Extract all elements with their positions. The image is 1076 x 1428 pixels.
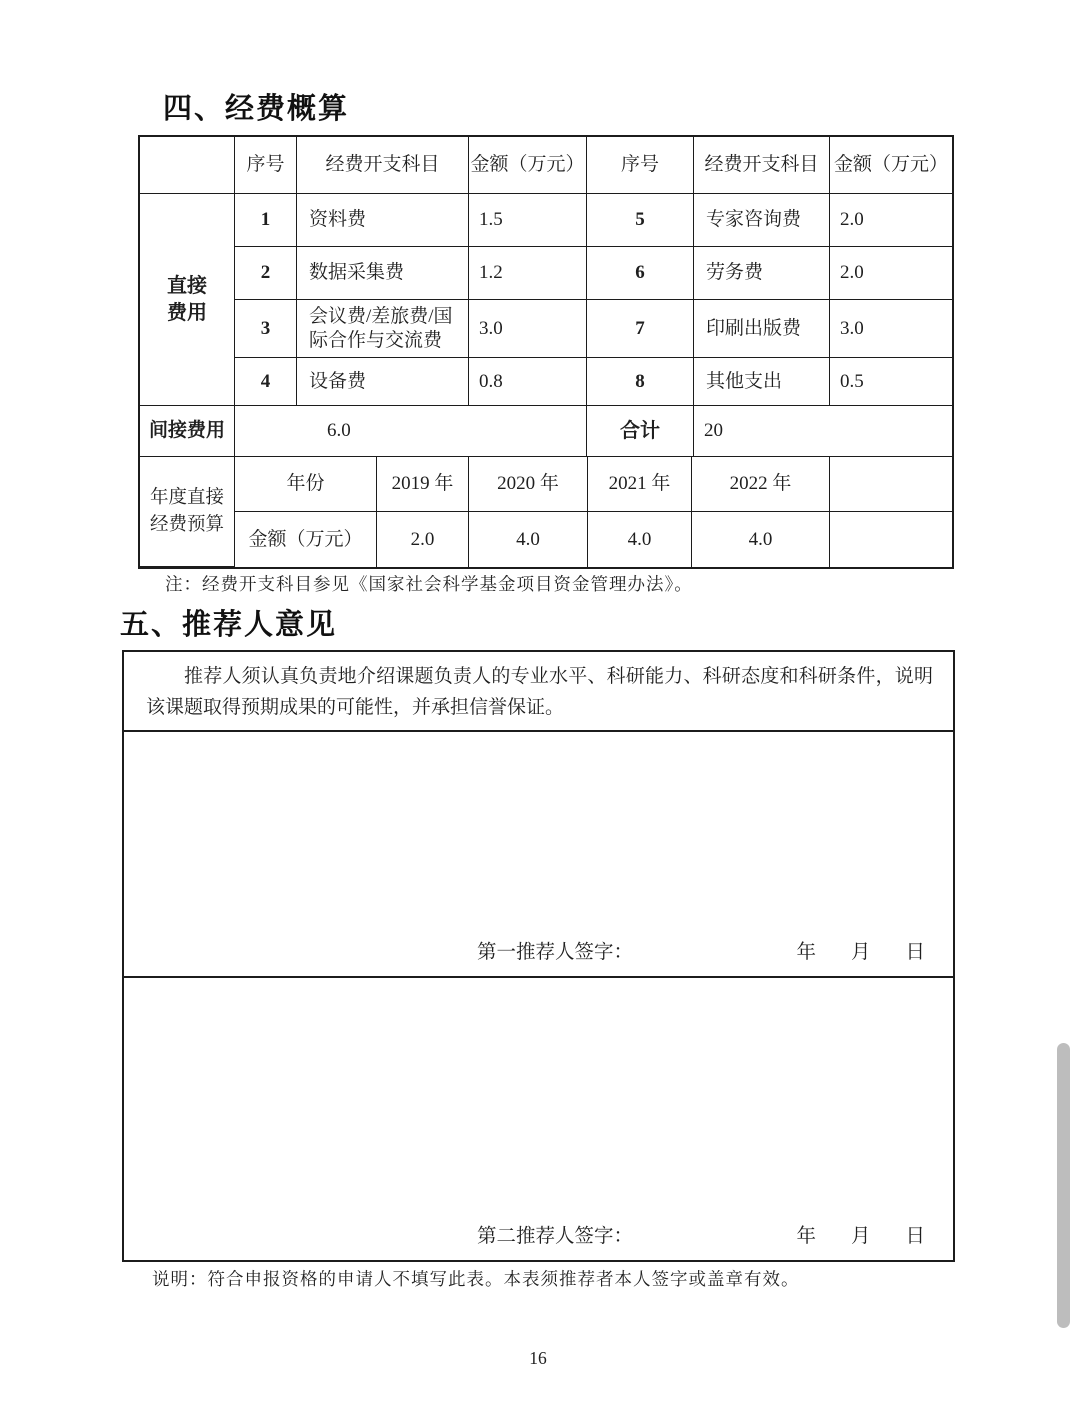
- first-recommender-block: 第一推荐人签字： 年 月 日: [124, 732, 953, 978]
- month-label: 月: [851, 1220, 871, 1248]
- section-five-title: 五、推荐人意见: [120, 602, 337, 643]
- year-cell: 2020 年: [469, 457, 588, 512]
- first-recommender-sign-row: 第一推荐人签字： 年 月 日: [124, 936, 953, 962]
- direct-cost-label-line1: 直接: [167, 273, 207, 300]
- row-amount: 1.5: [469, 194, 587, 247]
- year-header-cell: 年份: [235, 457, 377, 512]
- row-amount: 2.0: [830, 247, 952, 300]
- direct-cost-label-line2: 费用: [167, 300, 207, 327]
- total-value: 20: [694, 406, 952, 457]
- year-cell: 2021 年: [588, 457, 692, 512]
- day-label: 日: [905, 1220, 925, 1248]
- row-subject: 数据采集费: [297, 247, 469, 300]
- budget-table-note: 注：经费开支科目参见《国家社会科学基金项目资金管理办法》。: [165, 571, 693, 596]
- scrollbar-thumb[interactable]: [1057, 1043, 1070, 1328]
- day-label: 日: [905, 936, 925, 964]
- year-empty-cell: [830, 457, 952, 512]
- row-amount: 3.0: [469, 300, 587, 358]
- row-subject: 会议费/差旅费/国际合作与交流费: [297, 300, 469, 358]
- document-page: 四、经费概算 序号 经费开支科目 金额（万元） 序号 经费开支科目 金额（万元）…: [0, 0, 1076, 1428]
- annual-empty-cell: [830, 512, 952, 567]
- month-label: 月: [851, 936, 871, 964]
- first-recommender-signature-label: 第一推荐人签字：: [477, 936, 633, 964]
- second-recommender-sign-row: 第二推荐人签字： 年 月 日: [124, 1220, 953, 1246]
- second-recommender-signature-label: 第二推荐人签字：: [477, 1220, 633, 1248]
- row-amount: 2.0: [830, 194, 952, 247]
- header-amount-left: 金额（万元）: [469, 137, 587, 194]
- row-no: 3: [235, 300, 297, 358]
- annual-amount-cell: 4.0: [588, 512, 692, 567]
- row-no: 8: [587, 358, 694, 406]
- page-number: 16: [0, 1348, 1076, 1369]
- row-no: 6: [587, 247, 694, 300]
- annual-amount-cell: 4.0: [469, 512, 588, 567]
- budget-table-annual: 年度直接 经费预算 年份 2019 年 2020 年 2021 年 2022 年…: [140, 457, 952, 567]
- row-subject: 专家咨询费: [694, 194, 830, 247]
- row-amount: 0.8: [469, 358, 587, 406]
- row-subject: 设备费: [297, 358, 469, 406]
- indirect-cost-label: 间接费用: [140, 406, 235, 457]
- row-amount: 3.0: [830, 300, 952, 358]
- year-label: 年: [796, 936, 816, 964]
- budget-table: 序号 经费开支科目 金额（万元） 序号 经费开支科目 金额（万元） 直接 费用 …: [138, 135, 954, 569]
- row-no: 5: [587, 194, 694, 247]
- year-cell: 2019 年: [377, 457, 469, 512]
- row-subject: 劳务费: [694, 247, 830, 300]
- annual-amount-cell: 4.0: [692, 512, 830, 567]
- header-empty-cell: [140, 137, 235, 194]
- recommender-box-note: 说明：符合申报资格的申请人不填写此表。本表须推荐者本人签字或盖章有效。: [152, 1266, 800, 1291]
- annual-budget-label-line1: 年度直接: [150, 485, 224, 512]
- annual-amount-cell: 2.0: [377, 512, 469, 567]
- header-amount-right: 金额（万元）: [830, 137, 952, 194]
- direct-cost-label: 直接 费用: [140, 194, 235, 406]
- row-no: 1: [235, 194, 297, 247]
- row-amount: 0.5: [830, 358, 952, 406]
- row-subject: 资料费: [297, 194, 469, 247]
- annual-budget-label-line2: 经费预算: [150, 512, 224, 539]
- total-label: 合计: [587, 406, 694, 457]
- row-amount: 1.2: [469, 247, 587, 300]
- section-four-title: 四、经费概算: [163, 86, 349, 127]
- budget-table-upper: 序号 经费开支科目 金额（万元） 序号 经费开支科目 金额（万元） 直接 费用 …: [140, 137, 952, 457]
- row-no: 4: [235, 358, 297, 406]
- indirect-cost-value: 6.0: [235, 406, 587, 457]
- header-subject-left: 经费开支科目: [297, 137, 469, 194]
- header-no-left: 序号: [235, 137, 297, 194]
- second-recommender-block: 第二推荐人签字： 年 月 日: [124, 978, 953, 1260]
- header-subject-right: 经费开支科目: [694, 137, 830, 194]
- recommender-instructions: 推荐人须认真负责地介绍课题负责人的专业水平、科研能力、科研态度和科研条件，说明该…: [124, 652, 953, 732]
- second-recommender-date: 年 月 日: [796, 1220, 925, 1248]
- annual-amount-header: 金额（万元）: [235, 512, 377, 567]
- row-no: 7: [587, 300, 694, 358]
- header-no-right: 序号: [587, 137, 694, 194]
- first-recommender-date: 年 月 日: [796, 936, 925, 964]
- row-subject: 其他支出: [694, 358, 830, 406]
- annual-budget-label: 年度直接 经费预算: [140, 457, 235, 567]
- year-cell: 2022 年: [692, 457, 830, 512]
- row-subject: 印刷出版费: [694, 300, 830, 358]
- row-no: 2: [235, 247, 297, 300]
- recommender-opinion-box: 推荐人须认真负责地介绍课题负责人的专业水平、科研能力、科研态度和科研条件，说明该…: [122, 650, 955, 1262]
- year-label: 年: [796, 1220, 816, 1248]
